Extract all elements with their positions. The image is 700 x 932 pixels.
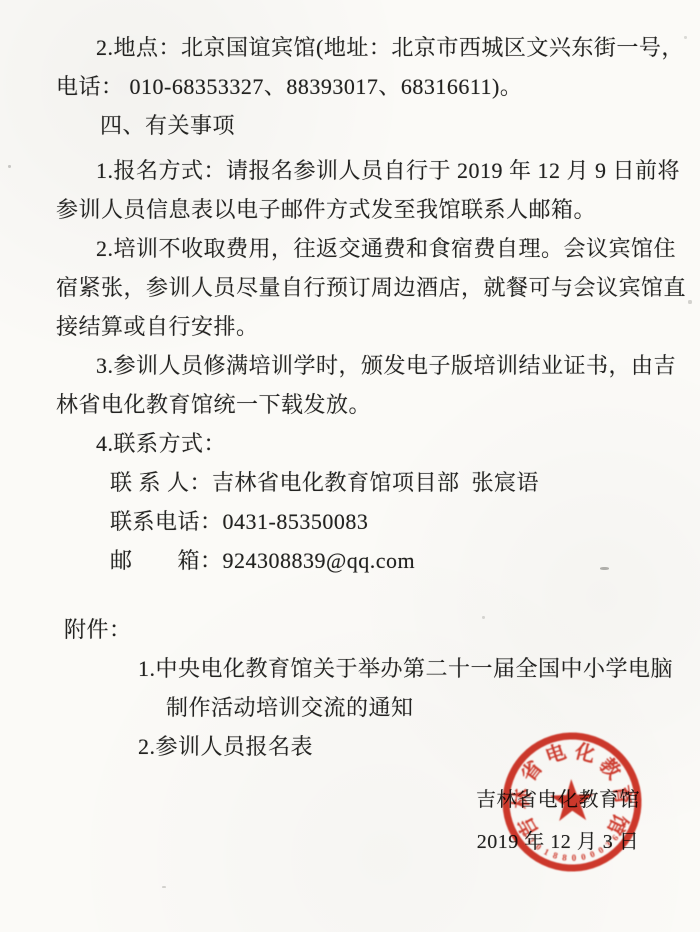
seal-arc-char: 林 [508, 787, 533, 810]
seal-code-digit: 0 [588, 849, 596, 860]
text-line-body-cont: 宿紧张，参训人员尽量自行预订周边酒店，就餐可与会议宾馆直 [56, 268, 692, 307]
official-seal: 吉林省电化教育馆 2201880000363 [489, 719, 654, 884]
text-line-body-first: 1.报名方式：请报名参训人员自行于 2019 年 12 月 9 日前将 [56, 151, 692, 190]
text-line-heading: 四、有关事项 [56, 106, 692, 145]
text-line-attach-label: 附件： [56, 610, 692, 649]
text-line-contact: 联 系 人：吉林省电化教育馆项目部 张宸语 [56, 463, 692, 502]
text-line-body-first: 3.参训人员修满培训学时，颁发电子版培训结业证书，由吉 [56, 346, 692, 385]
scan-speck [482, 616, 485, 619]
text-line-body-cont: 电话： 010-68353327、88393017、68316611)。 [56, 67, 692, 106]
text-line-body-cont: 林省电化教育馆统一下载发放。 [56, 385, 692, 424]
scan-speck [688, 300, 692, 304]
seal-arc-char: 育 [609, 784, 635, 807]
seal-code-digit: 0 [572, 853, 577, 863]
seal-code-digit: 0 [580, 851, 587, 862]
scan-speck [8, 165, 11, 168]
scanned-notice-page: 2.地点：北京国谊宾馆(地址：北京市西城区文兴东街一号，电话： 010-6835… [0, 0, 700, 932]
seal-code-digit: 1 [542, 846, 551, 857]
seal-star-icon [549, 778, 594, 821]
seal-arc-char: 化 [571, 739, 597, 767]
scan-speck [600, 567, 609, 570]
text-line-contact: 邮 箱：924308839@qq.com [56, 541, 692, 580]
text-line-attach-item: 1.中央电化教育馆关于举办第二十一届全国中小学电脑 [56, 649, 692, 688]
seal-code-digit: 3 [604, 839, 614, 850]
text-line-body-first: 2.培训不收取费用，往返交通费和食宿费自理。会议宾馆住 [56, 229, 692, 268]
text-line-body-cont: 参训人员信息表以电子邮件方式发至我馆联系人邮箱。 [56, 190, 692, 229]
text-line-body-first: 2.地点：北京国谊宾馆(地址：北京市西城区文兴东街一号， [56, 28, 692, 67]
seal-code-digit: 0 [596, 844, 605, 855]
seal-code-digit: 8 [562, 852, 568, 863]
text-line-body-cont: 接结算或自行安排。 [56, 307, 692, 346]
text-line-contact: 联系电话：0431-85350083 [56, 502, 692, 541]
scan-speck [162, 886, 166, 888]
seal-code-digit: 0 [534, 842, 544, 853]
text-line-body-first: 4.联系方式： [56, 424, 692, 463]
notice-body: 2.地点：北京国谊宾馆(地址：北京市西城区文兴东街一号，电话： 010-6835… [56, 28, 692, 766]
seal-code-digit: 8 [552, 850, 560, 861]
scan-speck [684, 36, 687, 39]
